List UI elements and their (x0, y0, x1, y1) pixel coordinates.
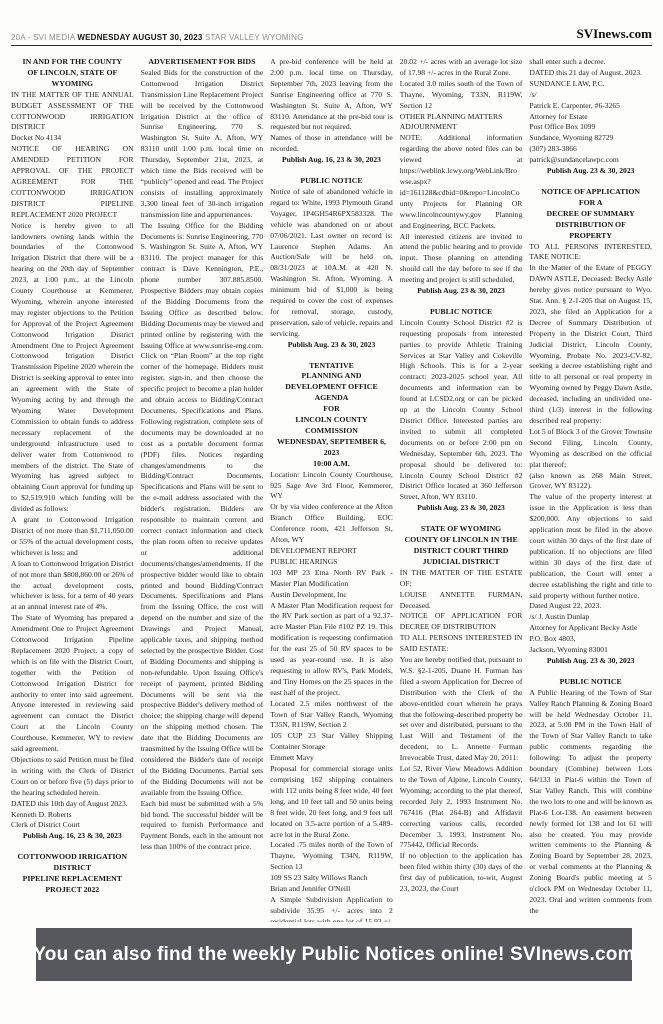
notice-paragraph: All interested citizens are invited to a… (400, 232, 523, 287)
notice-paragraph: If no objection to the application has b… (400, 851, 523, 895)
notice-paragraph: LOUISE ANNETTE FURMAN, Deceased. (400, 590, 523, 612)
notice-paragraph: Each bid must be submitted with a 5% bid… (141, 799, 264, 854)
notice-paragraph: DATED this 10th day of August 2023. (11, 799, 134, 810)
publish-line: Publish Aug. 16, 23 & 30, 2023 (270, 155, 393, 166)
notice-heading: STATE OF WYOMING COUNTY OF LINCOLN IN TH… (400, 524, 523, 568)
notice-paragraph: TO ALL PERSONS INTERESTED, TAKE NOTICE: (529, 242, 652, 264)
notice-paragraph: IN THE MATTER OF THE ESTATE OF: (400, 568, 523, 590)
notice-column-3: A pre-bid conference will be held at 2:0… (270, 57, 393, 922)
notice-paragraph: DEVELOPMENT REPORT (270, 546, 393, 557)
notice-paragraph: Notice is hereby given to all landowners… (11, 221, 134, 515)
notice-paragraph: shall enter such a decree. (529, 57, 652, 68)
notice-paragraph: Notice of sale of abandoned vehicle in r… (270, 187, 393, 340)
notice-paragraph: NOTICE OF HEARING ON AMENDED PETITION FO… (11, 144, 134, 220)
notice-paragraph: Sundance, Wyoming 82729 (529, 133, 652, 144)
notice-paragraph: Names of those in attendance will be rec… (270, 133, 393, 155)
notice-paragraph: Location: Lincoln County Courthouse, 925… (270, 470, 393, 503)
notice-paragraph: The State of Wyoming has prepared a Amen… (11, 613, 134, 755)
notice-paragraph: Or by via video conference at the Afton … (270, 502, 393, 546)
notice-paragraph: SUNDANCE LAW, P.C. (529, 79, 652, 90)
notice-paragraph: Clerk of District Court (11, 820, 134, 831)
notice-heading: PUBLIC NOTICE (529, 677, 652, 688)
notice-paragraph: In the Matter of the Estate of PEGGY DAW… (529, 263, 652, 427)
notice-paragraph: A Public Hearing of the Town of Star Val… (529, 688, 652, 917)
notice-paragraph: The Issuing Office for the Bidding Docum… (141, 221, 264, 799)
notice-column-2: ADVERTISEMENT FOR BIDSSealed Bids for th… (141, 57, 264, 922)
notice-heading: ADVERTISEMENT FOR BIDS (141, 57, 264, 68)
notice-paragraph: Proposal for commercial storage units co… (270, 764, 393, 840)
notice-paragraph: A pre-bid conference will be held at 2:0… (270, 57, 393, 133)
notice-paragraph: Dated August 22, 2023. (529, 601, 652, 612)
notice-paragraph: The value of the property interest at is… (529, 492, 652, 601)
notice-paragraph: Jackson, Wyoming 83001 (529, 645, 652, 656)
notice-heading: IN AND FOR THE COUNTY OF LINCOLN, STATE … (11, 57, 134, 90)
notice-paragraph: A Simple Subdivision Application to subd… (270, 895, 393, 922)
notice-paragraph: Lot 52, River View Meadows Addition to t… (400, 764, 523, 851)
notice-paragraph: Attorney for Applicant Becky Astle (529, 623, 652, 634)
notice-paragraph: Located .75 miles north of the Town of T… (270, 840, 393, 873)
notice-paragraph: Located 2.5 miles northwest of the Town … (270, 699, 393, 732)
notice-paragraph: Sealed Bids for the construction of the … (141, 68, 264, 221)
notice-paragraph: ADJOURNMENT (400, 122, 523, 133)
notice-paragraph: (also known as 268 Main Street, Grover, … (529, 471, 652, 493)
masthead: 20A - SVI MEDIA WEDNESDAY AUGUST 30, 202… (0, 0, 663, 42)
masthead-left: 20A - SVI MEDIA WEDNESDAY AUGUST 30, 202… (11, 33, 304, 42)
notice-heading: COTTONWOOD IRRIGATION DISTRICT PIPELINE … (11, 852, 134, 896)
banner-text: You can also find the weekly Public Noti… (33, 944, 634, 966)
notice-paragraph: You are hereby notified that, pursuant t… (400, 655, 523, 764)
notice-paragraph: PUBLIC HEARINGS (270, 557, 393, 568)
notice-paragraph: P.O. Box 4803, (529, 634, 652, 645)
notice-paragraph: Austin Development, Inc (270, 590, 393, 601)
notice-paragraph: Attorney for Estate (529, 112, 652, 123)
site-url: SVInews.com (577, 26, 652, 42)
notice-paragraph: Located 3.0 miles south of the Town of T… (400, 79, 523, 112)
notice-paragraph: DATED this 21 day of August, 2023. (529, 68, 652, 79)
notice-column-4: 20.02 +/- acres with an average lot size… (400, 57, 523, 922)
public-notices-banner: You can also find the weekly Public Noti… (36, 928, 632, 981)
publish-line: Publish Aug. 23 & 30, 2023 (400, 503, 523, 514)
notice-columns: IN AND FOR THE COUNTY OF LINCOLN, STATE … (0, 46, 663, 922)
notice-paragraph: Emmett Mavy (270, 753, 393, 764)
notice-paragraph: Brian and Jennifer O'Neill (270, 884, 393, 895)
notice-column-1: IN AND FOR THE COUNTY OF LINCOLN, STATE … (11, 57, 134, 922)
notice-paragraph: Objections to said Petition must be file… (11, 755, 134, 799)
notice-heading: NOTICE OF APPLICATION FOR A DECREE OF SU… (529, 187, 652, 242)
publish-line: Publish Aug. 23 & 30, 2023 (529, 166, 652, 177)
notice-paragraph: Kenneth D. Roberts (11, 810, 134, 821)
notice-paragraph: OTHER PLANNING MATTERS (400, 112, 523, 123)
notice-paragraph: /s/ J. Austin Dunlap (529, 612, 652, 623)
notice-paragraph: patrick@sundancelawpc.com (529, 155, 652, 166)
notice-paragraph: A Master Plan Modification request for t… (270, 601, 393, 699)
notice-paragraph: 103 MP 23 Etna North RV Park - Master Pl… (270, 568, 393, 590)
page-number-label: 20A - SVI MEDIA (11, 33, 75, 42)
publish-line: Publish Aug. 23 & 30, 2023 (270, 340, 393, 351)
notice-paragraph: 20.02 +/- acres with an average lot size… (400, 57, 523, 79)
notice-paragraph: 105 CUP 23 Star Valley Shipping Containe… (270, 731, 393, 753)
masthead-location: STAR VALLEY WYOMING (205, 33, 304, 42)
notice-paragraph: A grant to Cottonwood Irrigation Distric… (11, 515, 134, 559)
notice-paragraph: Post Office Box 1099 (529, 122, 652, 133)
issue-date: WEDNESDAY AUGUST 30, 2023 (77, 33, 202, 42)
notice-heading: PUBLIC NOTICE (400, 307, 523, 318)
notice-paragraph: /s/ (529, 90, 652, 101)
notice-paragraph: NOTE: Additional information regarding t… (400, 133, 523, 231)
publish-line: Publish Aug. 16, 23 & 30, 2023 (11, 831, 134, 842)
notice-paragraph: Lot 5 of Block 3 of the Grover Townsite … (529, 427, 652, 471)
notice-heading: TENTATIVE PLANNING AND DEVELOPMENT OFFIC… (270, 361, 393, 470)
publish-line: Publish Aug. 23 & 30, 2023 (529, 656, 652, 667)
publish-line: Publish Aug. 23 & 30, 2023 (400, 286, 523, 297)
notice-paragraph: (307) 283-3866 (529, 144, 652, 155)
notice-paragraph: A loan to Cottonwood Irrigation District… (11, 559, 134, 614)
notice-paragraph: Patrick E. Carpenter, #6-3265 (529, 101, 652, 112)
notice-heading: PUBLIC NOTICE (270, 176, 393, 187)
notice-column-5: shall enter such a decree.DATED this 21 … (529, 57, 652, 922)
notice-paragraph: NOTICE OF APPLICATION FOR DECREE OF DIST… (400, 611, 523, 633)
notice-paragraph: TO ALL PERSONS INTERESTED IN SAID ESTATE… (400, 633, 523, 655)
notice-paragraph: Lincoln County School District #2 is req… (400, 318, 523, 503)
notice-paragraph: Docket No 4134 (11, 133, 134, 144)
notice-paragraph: 109 SS 23 Salty Willows Ranch (270, 873, 393, 884)
notice-paragraph: IN THE MATTER OF THE ANNUAL BUDGET ASSES… (11, 90, 134, 134)
